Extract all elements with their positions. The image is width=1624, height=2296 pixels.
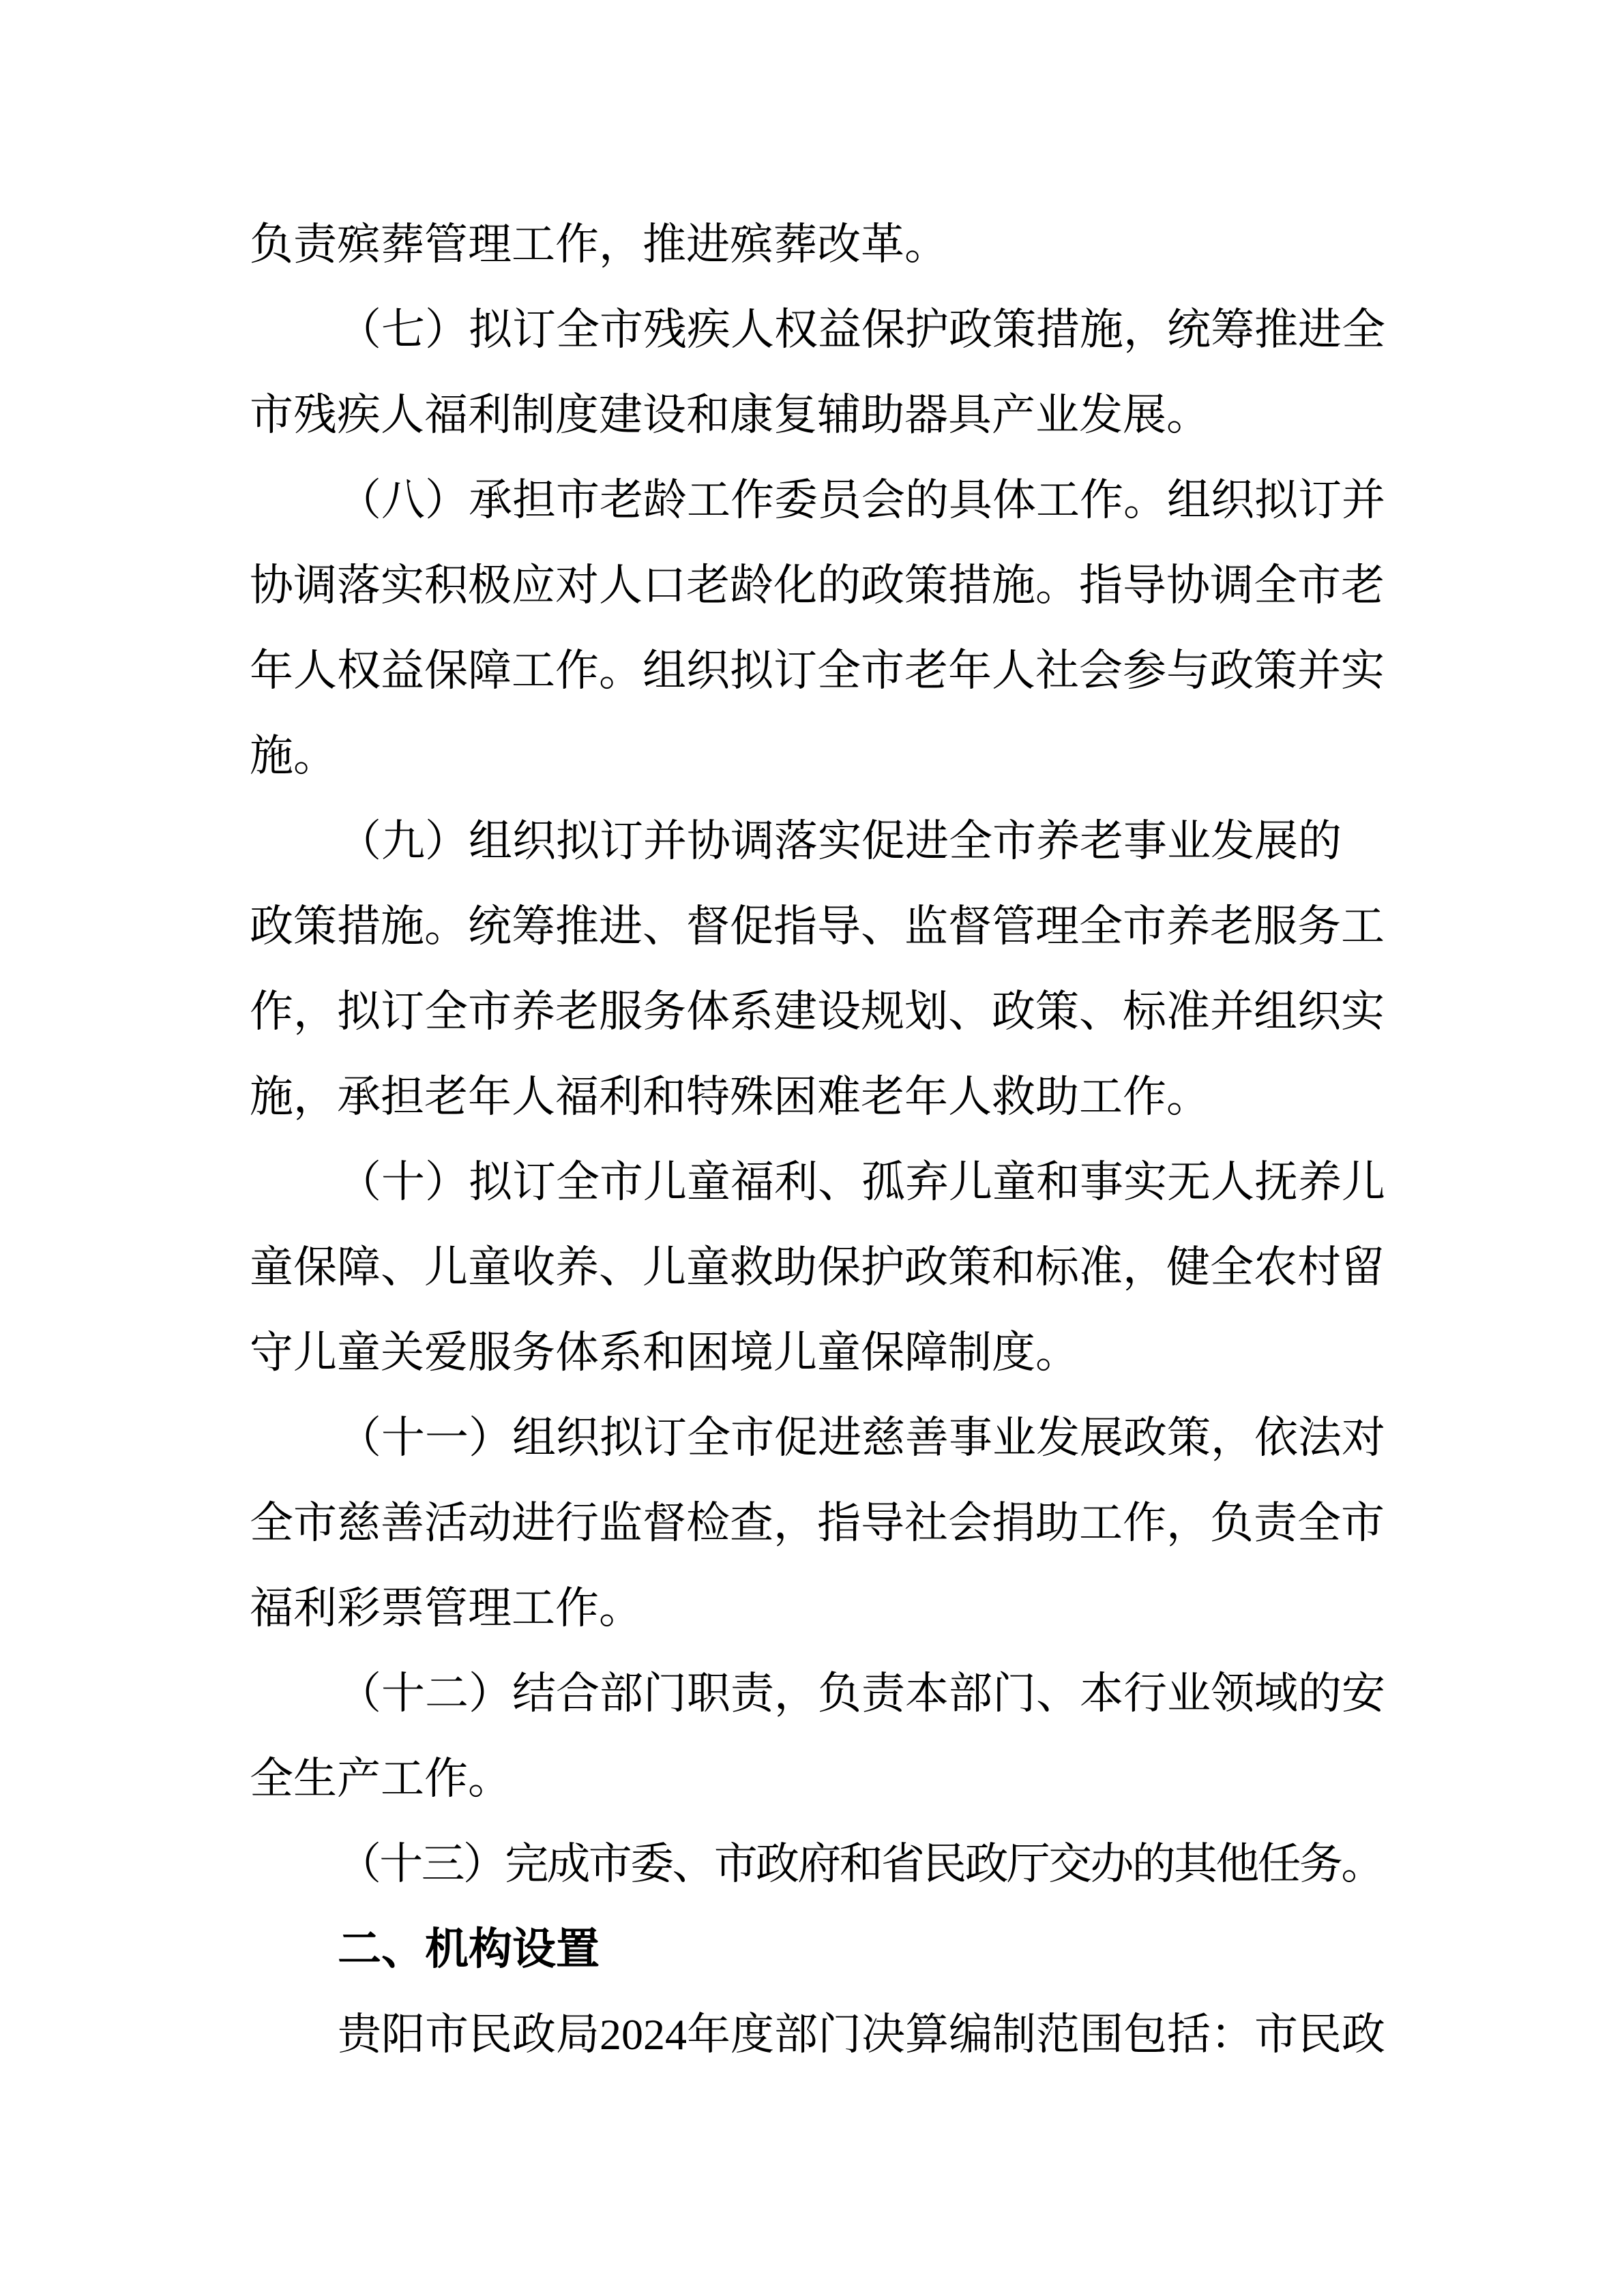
paragraph-item-10: （十）拟订全市儿童福利、孤弃儿童和事实无人抚养儿 童保障、儿童收养、儿童救助保护…: [250, 1139, 1398, 1395]
body-line: 施，承担老年人福利和特殊困难老年人救助工作。: [250, 1054, 1398, 1139]
body-line: （八）承担市老龄工作委员会的具体工作。组织拟订并: [250, 458, 1398, 543]
paragraph-item-13: （十三）完成市委、市政府和省民政厅交办的其他任务。: [250, 1821, 1398, 1907]
body-line: （九）组织拟订并协调落实促进全市养老事业发展的: [250, 799, 1398, 884]
paragraph-org-setup-intro: 贵阳市民政局2024年度部门决算编制范围包括：市民政: [250, 1992, 1398, 2077]
document-body: 负责殡葬管理工作，推进殡葬改革。 （七）拟订全市残疾人权益保护政策措施，统筹推进…: [250, 202, 1398, 2077]
body-line: 年人权益保障工作。组织拟订全市老年人社会参与政策并实: [250, 628, 1398, 713]
section-heading-2: 二、机构设置: [250, 1907, 1398, 1992]
document-page: 负责殡葬管理工作，推进殡葬改革。 （七）拟订全市残疾人权益保护政策措施，统筹推进…: [0, 0, 1624, 2296]
body-line: 贵阳市民政局2024年度部门决算编制范围包括：市民政: [250, 1992, 1398, 2077]
body-line: （十）拟订全市儿童福利、孤弃儿童和事实无人抚养儿: [250, 1139, 1398, 1225]
body-line: （十二）结合部门职责，负责本部门、本行业领域的安: [250, 1651, 1398, 1736]
body-line: 政策措施。统筹推进、督促指导、监督管理全市养老服务工: [250, 884, 1398, 969]
paragraph-item-8: （八）承担市老龄工作委员会的具体工作。组织拟订并 协调落实积极应对人口老龄化的政…: [250, 458, 1398, 799]
paragraph-item-9: （九）组织拟订并协调落实促进全市养老事业发展的 政策措施。统筹推进、督促指导、监…: [250, 799, 1398, 1139]
paragraph-item-12: （十二）结合部门职责，负责本部门、本行业领域的安 全生产工作。: [250, 1651, 1398, 1821]
paragraph-continuation: 负责殡葬管理工作，推进殡葬改革。: [250, 202, 1398, 287]
section-heading: 二、机构设置: [250, 1907, 1398, 1992]
body-line: （十三）完成市委、市政府和省民政厅交办的其他任务。: [250, 1821, 1398, 1907]
body-line: 全生产工作。: [250, 1736, 1398, 1821]
body-line: 福利彩票管理工作。: [250, 1566, 1398, 1651]
body-line: （七）拟订全市残疾人权益保护政策措施，统筹推进全: [250, 287, 1398, 372]
body-line: 施。: [250, 713, 1398, 799]
body-line: 作，拟订全市养老服务体系建设规划、政策、标准并组织实: [250, 969, 1398, 1054]
paragraph-item-7: （七）拟订全市残疾人权益保护政策措施，统筹推进全 市残疾人福利制度建设和康复辅助…: [250, 287, 1398, 458]
body-line: 负责殡葬管理工作，推进殡葬改革。: [250, 202, 1398, 287]
body-line: 守儿童关爱服务体系和困境儿童保障制度。: [250, 1310, 1398, 1395]
body-line: 协调落实积极应对人口老龄化的政策措施。指导协调全市老: [250, 543, 1398, 628]
paragraph-item-11: （十一）组织拟订全市促进慈善事业发展政策，依法对 全市慈善活动进行监督检查，指导…: [250, 1395, 1398, 1651]
body-line: 市残疾人福利制度建设和康复辅助器具产业发展。: [250, 372, 1398, 458]
body-line: 全市慈善活动进行监督检查，指导社会捐助工作，负责全市: [250, 1480, 1398, 1566]
body-line: 童保障、儿童收养、儿童救助保护政策和标准，健全农村留: [250, 1225, 1398, 1310]
body-line: （十一）组织拟订全市促进慈善事业发展政策，依法对: [250, 1395, 1398, 1480]
